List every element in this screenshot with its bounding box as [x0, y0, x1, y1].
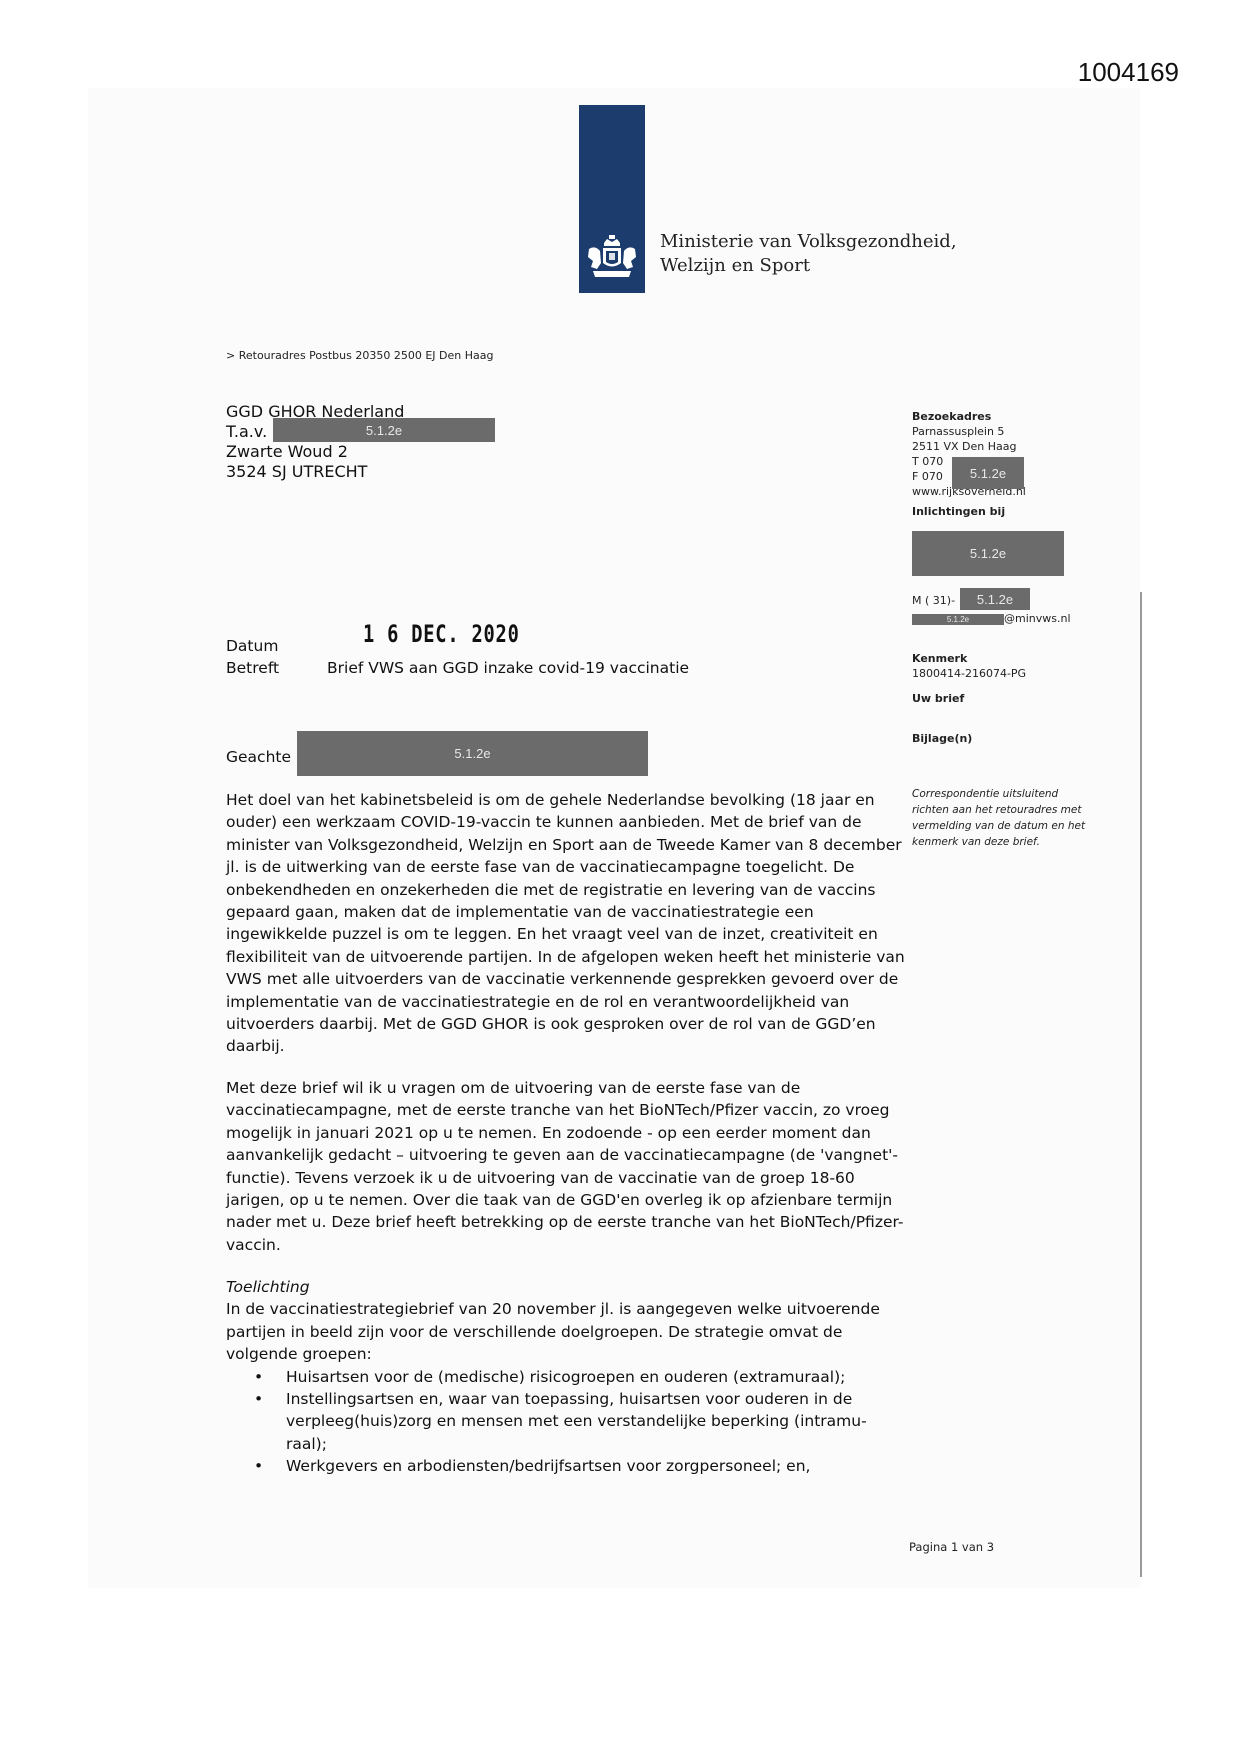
- body-paragraph-2: Met deze brief wil ik u vragen om de uit…: [226, 1077, 906, 1256]
- correspondence-note: Correspondentie uitsluitend richten aan …: [912, 786, 1092, 850]
- page-number: Pagina 1 van 3: [909, 1540, 994, 1554]
- email-line: 5.1.2e@minvws.nl: [912, 611, 1071, 626]
- redaction-salutation: 5.1.2e: [297, 731, 648, 776]
- paragraph-2-text: Met deze brief wil ik u vragen om de uit…: [226, 1077, 906, 1256]
- info-heading: Inlichtingen bij: [912, 504, 1112, 519]
- reference-value: 1800414-216074-PG: [912, 666, 1026, 681]
- redaction-attention: 5.1.2e: [273, 418, 495, 442]
- page-edge-line: [1140, 592, 1142, 1577]
- addressee-block: GGD GHOR Nederland T.a.v. Zwarte Woud 2 …: [226, 402, 404, 482]
- attention-prefix: T.a.v.: [226, 422, 267, 441]
- redaction-email: 5.1.2e: [912, 614, 1004, 625]
- ministry-name-line1: Ministerie van Volksgezondheid,: [660, 230, 957, 254]
- reference-heading: Kenmerk: [912, 651, 1026, 666]
- your-letter-block: Uw brief: [912, 691, 964, 706]
- section-heading: Toelichting: [226, 1276, 906, 1298]
- body-paragraph-1: Het doel van het kabinetsbeleid is om de…: [226, 789, 906, 1058]
- list-item: Huisartsen voor de (medische) risicogroe…: [226, 1366, 906, 1388]
- visit-street: Parnassusplein 5: [912, 424, 1112, 439]
- attachments-block: Bijlage(n): [912, 731, 972, 746]
- mobile-prefix: M ( 31)-: [912, 594, 955, 607]
- ministry-logo: [579, 105, 645, 293]
- date-stamp: 1 6 DEC. 2020: [363, 620, 520, 648]
- list-item: Werkgevers en arbodiensten/bedrijfsartse…: [226, 1455, 906, 1477]
- paragraph-3-text: In de vaccinatiestrategiebrief van 20 no…: [226, 1298, 906, 1365]
- email-suffix: @minvws.nl: [1004, 612, 1071, 625]
- subject-value: Brief VWS aan GGD inzake covid-19 vaccin…: [327, 659, 689, 677]
- attachments-heading: Bijlage(n): [912, 731, 972, 746]
- addressee-city: 3524 SJ UTRECHT: [226, 462, 404, 482]
- redaction-info-contact: 5.1.2e: [912, 531, 1064, 576]
- return-address: > Retouradres Postbus 20350 2500 EJ Den …: [226, 349, 493, 362]
- salutation: Geachte: [226, 748, 291, 766]
- list-item: Instellingsartsen en, waar van toepassin…: [226, 1388, 906, 1455]
- mobile-line: M ( 31)-: [912, 593, 955, 608]
- body-section-toelichting: Toelichting In de vaccinatiestrategiebri…: [226, 1276, 906, 1478]
- visit-city: 2511 VX Den Haag: [912, 439, 1112, 454]
- coat-of-arms-icon: [585, 233, 639, 281]
- your-letter-heading: Uw brief: [912, 691, 964, 706]
- date-label: Datum: [226, 637, 278, 655]
- redaction-phone: 5.1.2e: [952, 457, 1024, 489]
- document-id: 1004169: [1078, 57, 1179, 88]
- reference-block: Kenmerk 1800414-216074-PG: [912, 651, 1026, 681]
- paragraph-1-text: Het doel van het kabinetsbeleid is om de…: [226, 789, 906, 1058]
- redaction-mobile: 5.1.2e: [960, 588, 1030, 610]
- ministry-name-line2: Welzijn en Sport: [660, 254, 957, 278]
- ministry-name: Ministerie van Volksgezondheid, Welzijn …: [660, 230, 957, 278]
- visit-address-heading: Bezoekadres: [912, 409, 1112, 424]
- target-groups-list: Huisartsen voor de (medische) risicogroe…: [226, 1366, 906, 1478]
- addressee-street: Zwarte Woud 2: [226, 442, 404, 462]
- subject-label: Betreft: [226, 659, 279, 677]
